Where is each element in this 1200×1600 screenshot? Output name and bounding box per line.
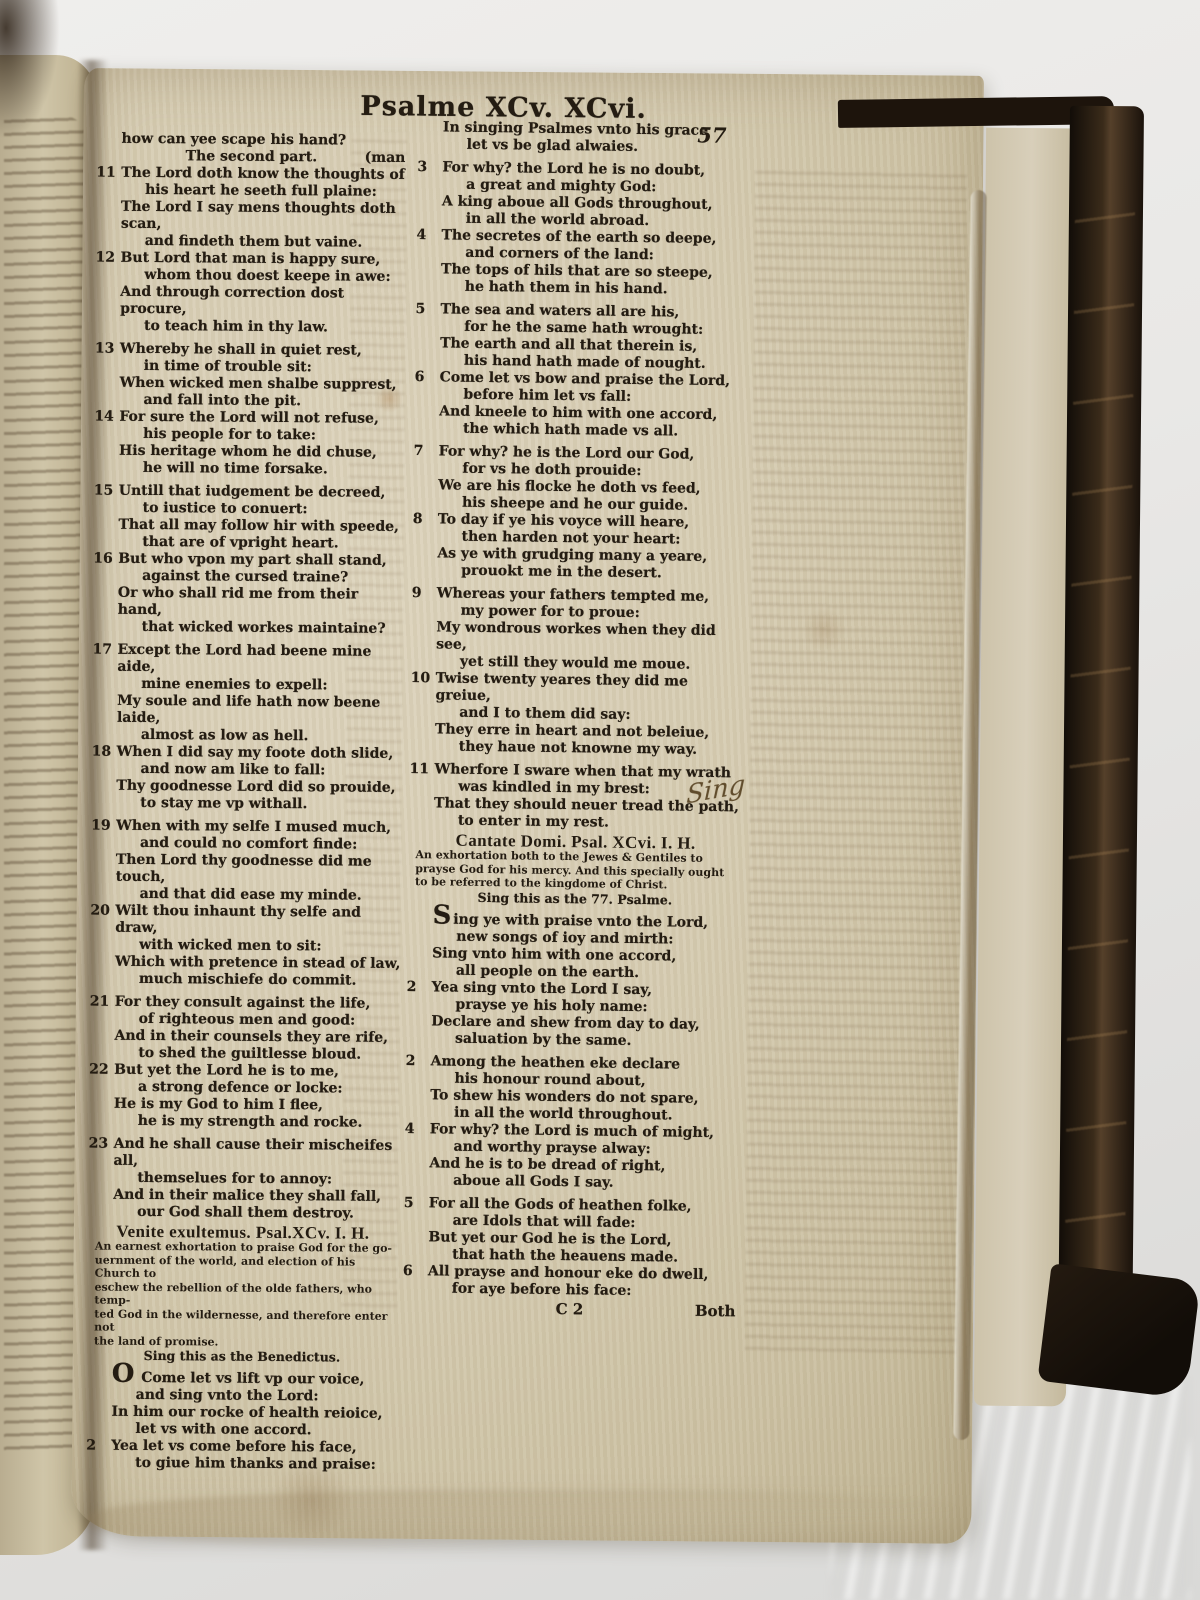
line-text: And he is to be dread of right, bbox=[429, 1155, 665, 1174]
line-text: against the cursed traine? bbox=[142, 568, 348, 586]
line-text: in all the world throughout. bbox=[454, 1104, 673, 1123]
line-text: prouokt me in the desert. bbox=[461, 563, 662, 582]
verse-number: 4 bbox=[416, 227, 426, 244]
spine-shadow bbox=[0, 0, 60, 140]
text-line: 23 And he shall cause their mischeifes a… bbox=[87, 1136, 399, 1172]
text-line: Or who shall rid me from their hand, bbox=[92, 585, 404, 621]
verse-number: 22 bbox=[89, 1062, 109, 1079]
line-text: But yet the Lord he is to me, bbox=[114, 1062, 339, 1080]
line-text: The Lord I say mens thoughts doth scan, bbox=[121, 199, 396, 232]
line-text: prayse ye his holy name: bbox=[455, 996, 647, 1015]
line-text: Wilt thou inhaunt thy selfe and draw, bbox=[115, 903, 361, 936]
line-text: whom thou doest keepe in awe: bbox=[144, 267, 390, 285]
line-text: eschew the rebellion of the olde fathers… bbox=[94, 1280, 372, 1307]
line-text: But who vpon my part shall stand, bbox=[118, 551, 387, 569]
line-text: For sure the Lord will not refuse, bbox=[119, 409, 379, 427]
text-line: 10 Twise twenty yeares they did me greiu… bbox=[409, 670, 745, 708]
text-line: O Come let vs lift vp our voice, bbox=[86, 1363, 398, 1388]
line-text: his sheepe and he our guide. bbox=[462, 495, 688, 514]
verse-number: 17 bbox=[92, 642, 112, 659]
line-text: and sing vnto the Lord: bbox=[136, 1387, 319, 1404]
line-text: Thy goodnesse Lord did so prouide, bbox=[116, 778, 395, 796]
line-text: are Idols that will fade: bbox=[453, 1212, 636, 1230]
line-text: Sing this as the Benedictus. bbox=[144, 1348, 341, 1365]
line-text: how can yee scape his hand? bbox=[121, 131, 346, 149]
catchword: Both bbox=[695, 1302, 736, 1320]
line-text: Except the Lord had beene mine aide, bbox=[117, 642, 371, 675]
line-text: then harden not your heart: bbox=[461, 529, 680, 548]
text-line: ted God in the wildernesse, and therefor… bbox=[86, 1307, 398, 1336]
line-text: of righteous men and good: bbox=[139, 1011, 356, 1029]
text-line: he is my strength and rocke. bbox=[88, 1113, 400, 1132]
line-text: The earth and all that therein is, bbox=[440, 335, 697, 354]
leather-scuffs bbox=[1065, 180, 1136, 1281]
text-line: the which hath made vs all. bbox=[413, 420, 749, 441]
line-text: That all may follow hir with speede, bbox=[118, 517, 399, 535]
line-text: that are of vpright heart. bbox=[142, 534, 338, 552]
text-line: My soule and life hath now beene laide, bbox=[91, 693, 403, 729]
line-text: the land of promise. bbox=[94, 1334, 218, 1348]
line-text: to teach him in thy law. bbox=[144, 318, 328, 335]
line-text: to iustice to conuert: bbox=[143, 500, 308, 517]
verse-number: 3 bbox=[417, 159, 427, 176]
line-text: almost as low as hell. bbox=[141, 727, 309, 744]
line-text: his people for to take: bbox=[143, 426, 316, 443]
text-line: our God shall them destroy. bbox=[87, 1204, 399, 1223]
line-text: he hath them in his hand. bbox=[465, 279, 668, 298]
text-line: 20 Wilt thou inhaunt thy selfe and draw, bbox=[89, 903, 401, 939]
text-line: he hath them in his hand. bbox=[415, 278, 751, 299]
text-line: to teach him in thy law. bbox=[94, 318, 406, 337]
line-text: My soule and life hath now beene laide, bbox=[117, 693, 381, 726]
verse-number: 6 bbox=[403, 1262, 413, 1279]
line-text: The second part. bbox=[186, 148, 318, 165]
line-text: Then Lord thy goodnesse did me touch, bbox=[116, 852, 372, 885]
line-text: Untill that iudgement be decreed, bbox=[119, 483, 386, 501]
line-text: and fall into the pit. bbox=[143, 392, 301, 409]
verse-number: 11 bbox=[409, 761, 429, 778]
verse-number: 5 bbox=[404, 1194, 414, 1211]
line-text: and that did ease my minde. bbox=[140, 886, 362, 904]
verse-number: 9 bbox=[412, 585, 422, 602]
verse-number: 5 bbox=[415, 301, 425, 318]
line-text: To day if ye his voyce will heare, bbox=[438, 511, 690, 530]
line-text: and worthy prayse alway: bbox=[454, 1138, 651, 1157]
line-text: his hand hath made of nought. bbox=[464, 353, 706, 372]
line-text: new songs of ioy and mirth: bbox=[456, 928, 673, 947]
line-text: Which with pretence in stead of law, bbox=[115, 954, 401, 972]
line-text: and now am like to fall: bbox=[141, 761, 326, 778]
text-line: And through correction dost procure, bbox=[94, 284, 406, 320]
book-photograph: Psalme XCv. XCvi. 57 how can yee scape h… bbox=[0, 0, 1200, 1600]
verse-number: 8 bbox=[413, 511, 423, 528]
line-text: When I did say my foote doth slide, bbox=[117, 744, 394, 762]
verse-number: 19 bbox=[91, 818, 111, 835]
line-text: my power for to proue: bbox=[461, 603, 640, 621]
verse-number: 14 bbox=[94, 409, 114, 426]
text-line: Then Lord thy goodnesse did me touch, bbox=[90, 852, 402, 888]
line-text: Sing vnto him with one accord, bbox=[432, 945, 676, 964]
text-line: they haue not knowne my way. bbox=[409, 738, 745, 759]
line-text: When with my selfe I mused much, bbox=[116, 818, 391, 836]
line-text: he will no time forsake. bbox=[143, 460, 328, 477]
line-text: When wicked men shalbe supprest, bbox=[120, 375, 397, 393]
line-text: before him let vs fall: bbox=[463, 387, 631, 405]
verse-number: 18 bbox=[92, 744, 112, 761]
cover-board-corner bbox=[1037, 1263, 1200, 1398]
verse-number: 20 bbox=[90, 903, 110, 920]
text-line: let vs be glad alwaies. bbox=[417, 136, 753, 157]
line-text: In him our rocke of health reioice, bbox=[111, 1404, 382, 1422]
left-text-column: how can yee scape his hand? The second p… bbox=[85, 131, 408, 1474]
line-text: For why? he is the Lord our God, bbox=[439, 443, 695, 462]
line-text: Among the heathen eke declare bbox=[431, 1053, 681, 1072]
verse-number: 7 bbox=[414, 443, 424, 460]
line-text: his honour round about, bbox=[454, 1070, 645, 1089]
line-text: ted God in the wildernesse, and therefor… bbox=[94, 1307, 387, 1334]
verse-number: 10 bbox=[411, 670, 431, 687]
text-line: My wondrous workes when they did see, bbox=[410, 619, 746, 657]
text-line: aboue all Gods I say. bbox=[403, 1171, 739, 1192]
line-text: to enter in my rest. bbox=[458, 813, 609, 831]
line-text: to shed the guiltlesse bloud. bbox=[138, 1045, 361, 1063]
text-line: uernment of the world, and election of h… bbox=[87, 1253, 399, 1282]
line-text: our God shall them destroy. bbox=[137, 1204, 354, 1222]
verse-number: 12 bbox=[96, 250, 116, 267]
line-text: much mischiefe do commit. bbox=[139, 971, 357, 989]
line-text: For they consult against the life, bbox=[115, 994, 371, 1012]
line-text: Whereby he shall in quiet rest, bbox=[120, 341, 362, 359]
text-line: to giue him thanks and praise: bbox=[85, 1454, 397, 1473]
text-line: 17 Except the Lord had beene mine aide, bbox=[91, 642, 403, 678]
line-text: But Lord that man is happy sure, bbox=[121, 250, 381, 268]
line-text: Twise twenty yeares they did me greiue, bbox=[435, 670, 688, 704]
line-text: And in their malice they shall fall, bbox=[113, 1187, 381, 1205]
line-text: that wicked workes maintaine? bbox=[142, 619, 386, 637]
page-content: Psalme XCv. XCvi. 57 how can yee scape h… bbox=[69, 68, 984, 1545]
verse-number: 2 bbox=[406, 1052, 416, 1069]
line-text: Sing this as the 77. Psalme. bbox=[478, 889, 673, 907]
line-text: My wondrous workes when they did see, bbox=[436, 619, 716, 652]
text-line: eschew the rebellion of the olde fathers… bbox=[86, 1280, 398, 1309]
text-line: C 2 Both bbox=[401, 1298, 737, 1319]
verse-number: 13 bbox=[95, 341, 115, 358]
verse-number: 4 bbox=[405, 1120, 415, 1137]
text-line: he will no time forsake. bbox=[93, 460, 405, 479]
line-text: But yet our God he is the Lord, bbox=[428, 1229, 671, 1248]
line-text: His heritage whom he did chuse, bbox=[119, 443, 377, 461]
line-text: For all the Gods of heathen folke, bbox=[429, 1195, 692, 1214]
text-line: The Lord I say mens thoughts doth scan, bbox=[95, 199, 407, 235]
line-text: C 2 bbox=[556, 1299, 584, 1317]
line-text: And he shall cause their mischeifes all, bbox=[113, 1136, 392, 1169]
line-text: for he the same hath wrought: bbox=[464, 319, 703, 338]
verse-number: 6 bbox=[415, 369, 425, 386]
line-text: a strong defence or locke: bbox=[138, 1079, 343, 1097]
line-text: all people on the earth. bbox=[456, 962, 639, 980]
line-text: the which hath made vs all. bbox=[463, 421, 678, 440]
verse-number: 15 bbox=[94, 483, 114, 500]
line-text: The Lord doth know the thoughts of bbox=[121, 165, 405, 183]
line-text: mine enemies to expell: bbox=[141, 676, 327, 693]
catchword: (man bbox=[365, 150, 406, 167]
verse-number: 11 bbox=[96, 165, 116, 182]
line-text: let vs be glad alwaies. bbox=[467, 137, 639, 155]
text-line: for aye before his face: bbox=[402, 1279, 738, 1300]
text-line: that wicked workes maintaine? bbox=[92, 619, 404, 638]
line-text: aboue all Gods I say. bbox=[453, 1172, 614, 1190]
verse-number: 21 bbox=[90, 994, 110, 1011]
line-text: Yea sing vnto the Lord I say, bbox=[432, 979, 653, 998]
line-text: themselues for to annoy: bbox=[137, 1170, 332, 1188]
line-text: saluation by the same. bbox=[455, 1030, 632, 1048]
line-text: they haue not knowne my way. bbox=[459, 739, 697, 758]
line-text: was kindled in my brest: bbox=[458, 779, 650, 798]
line-text: to stay me vp withall. bbox=[140, 795, 307, 812]
line-text: to giue him thanks and praise: bbox=[135, 1455, 376, 1473]
verse-number: 2 bbox=[407, 978, 417, 995]
line-text: his heart he seeth full plaine: bbox=[145, 182, 377, 200]
line-text: And in their counsels they are rife, bbox=[114, 1028, 388, 1046]
line-text: And through correction dost procure, bbox=[120, 284, 344, 318]
line-text: yet still they would me moue. bbox=[460, 654, 691, 673]
line-text: The sea and waters all are his, bbox=[440, 301, 679, 320]
line-text: Or who shall rid me from their hand, bbox=[118, 585, 358, 618]
line-text: uernment of the world, and election of h… bbox=[95, 1253, 356, 1280]
line-text: in all the world abroad. bbox=[466, 211, 650, 229]
line-text: in time of trouble sit: bbox=[144, 358, 312, 375]
line-text: and corners of the land: bbox=[465, 245, 654, 263]
line-text: a great and mighty God: bbox=[466, 177, 656, 195]
text-line: prouokt me in the desert. bbox=[411, 562, 747, 583]
line-text: for aye before his face: bbox=[452, 1280, 632, 1298]
line-text: let vs with one accord. bbox=[135, 1421, 311, 1438]
right-text-column: In singing Psalmes vnto his grace let vs… bbox=[401, 119, 753, 1320]
line-text: and I to them did say: bbox=[459, 705, 630, 723]
line-text: O Come let vs lift vp our voice, bbox=[112, 1364, 398, 1389]
line-text: Yea let vs come before his face, bbox=[111, 1438, 357, 1456]
line-text: he is my strength and rocke. bbox=[138, 1113, 363, 1131]
text-line: to stay me vp withall. bbox=[90, 795, 402, 814]
verse-number: 23 bbox=[89, 1136, 109, 1153]
line-text: and could no comfort finde: bbox=[140, 835, 357, 853]
line-text: We are his flocke he doth vs feed, bbox=[438, 477, 701, 496]
line-text: He is my God to him I flee, bbox=[114, 1096, 323, 1114]
line-text: for vs he doth prouide: bbox=[462, 461, 641, 479]
line-text: with wicked men to sit: bbox=[139, 937, 321, 954]
text-line: much mischiefe do commit. bbox=[89, 971, 401, 990]
text-line: saluation by the same. bbox=[405, 1029, 741, 1050]
line-text: that hath the heauens made. bbox=[452, 1246, 678, 1265]
verse-number: 16 bbox=[93, 551, 113, 568]
line-text: and findeth them but vaine. bbox=[145, 233, 363, 251]
verse-number: 2 bbox=[86, 1438, 96, 1455]
